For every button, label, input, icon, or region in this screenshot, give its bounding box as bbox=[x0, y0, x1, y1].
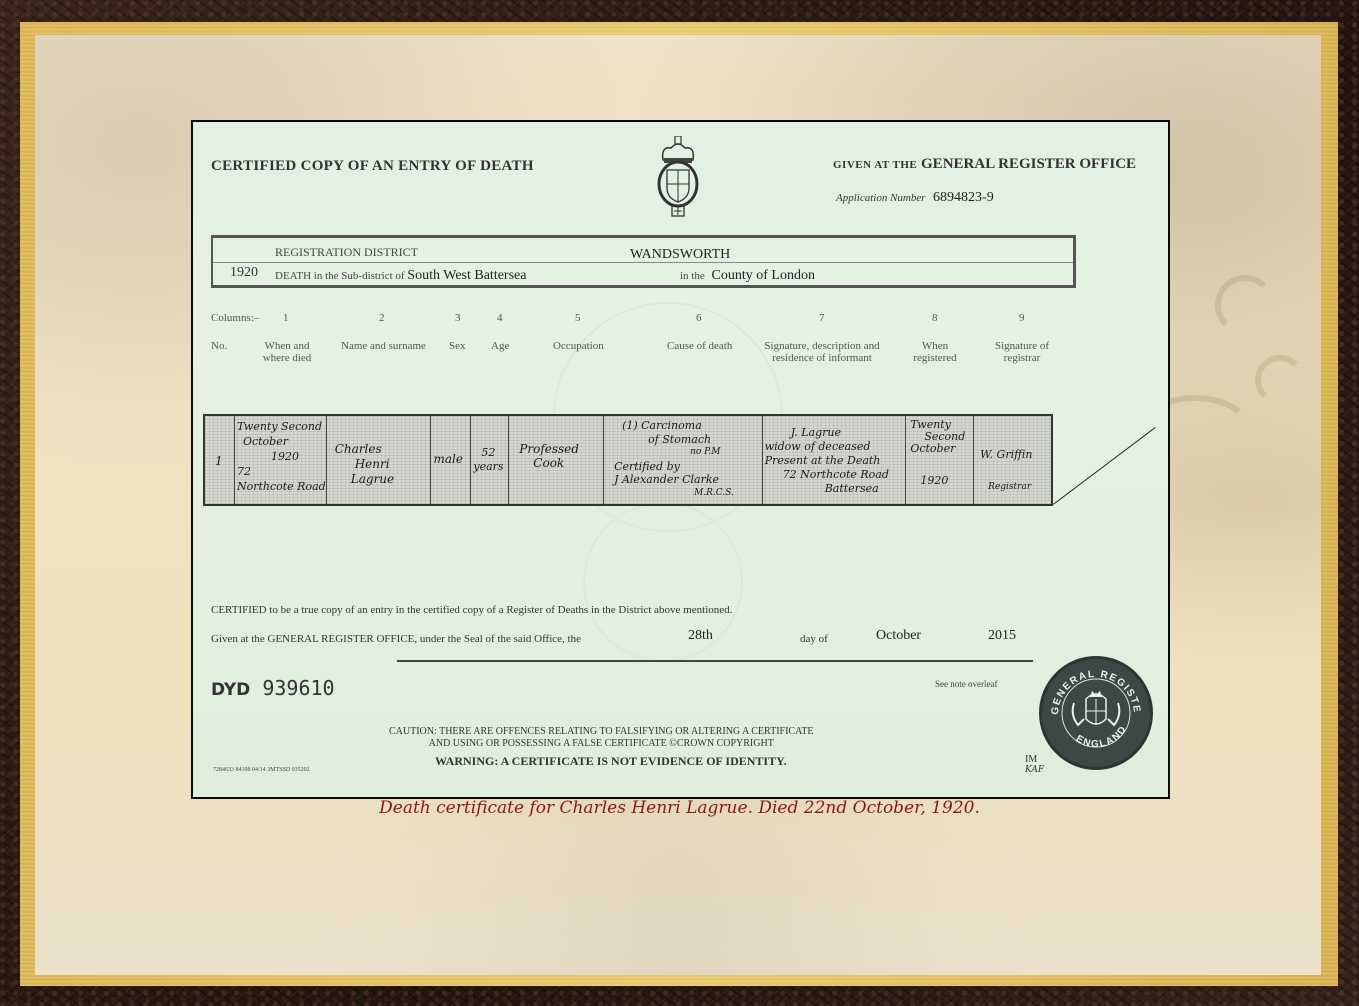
column-header-registrar: Signature of registrar bbox=[991, 340, 1053, 364]
svg-text:GENERAL REGISTER OFFICE: GENERAL REGISTER OFFICE bbox=[1042, 659, 1142, 715]
issue-month: October bbox=[876, 628, 921, 644]
registration-year: 1920 bbox=[230, 265, 258, 281]
issue-year: 2015 bbox=[988, 628, 1016, 644]
royal-crest-icon bbox=[655, 136, 701, 218]
cell-informant: J. Lagrue widow of deceased Present at t… bbox=[763, 416, 907, 504]
column-number: 8 bbox=[932, 312, 938, 324]
column-number: 2 bbox=[379, 312, 385, 324]
column-number: 9 bbox=[1019, 312, 1025, 324]
column-number: 5 bbox=[575, 312, 581, 324]
registration-district-value: WANDSWORTH bbox=[630, 247, 730, 263]
seal-crest-icon: GENERAL REGISTER OFFICE ENGLAND bbox=[1042, 659, 1150, 767]
image-caption: Death certificate for Charles Henri Lagr… bbox=[0, 798, 1359, 818]
county: in the County of London bbox=[680, 268, 815, 284]
form-codes: 7284633 84108 04/14 3MTSSD 035202 bbox=[213, 767, 310, 773]
column-header-age: Age bbox=[491, 340, 509, 352]
cell-age: 52 years bbox=[471, 416, 509, 504]
column-header-no: No. bbox=[211, 340, 227, 352]
column-header-occupation: Occupation bbox=[553, 340, 604, 352]
watermark bbox=[583, 502, 743, 662]
death-certificate: CERTIFIED COPY OF AN ENTRY OF DEATH GIVE… bbox=[191, 120, 1170, 799]
column-number: 6 bbox=[696, 312, 702, 324]
subdistrict: DEATH in the Sub-district of South West … bbox=[275, 268, 526, 284]
swirl-ornament bbox=[1255, 355, 1305, 405]
issuer-initials: IM KAF bbox=[1025, 754, 1044, 776]
serial-number: DYD 939610 bbox=[211, 676, 335, 700]
column-header-sex: Sex bbox=[449, 340, 466, 352]
see-note-overleaf: See note overleaf bbox=[935, 679, 997, 689]
certificate-title: CERTIFIED COPY OF AN ENTRY OF DEATH bbox=[211, 158, 534, 175]
cell-when-where: Twenty Second October 1920 72 Northcote … bbox=[235, 416, 327, 504]
swirl-ornament bbox=[1215, 275, 1275, 335]
svg-text:ENGLAND: ENGLAND bbox=[1074, 724, 1130, 751]
column-number: 4 bbox=[497, 312, 503, 324]
warning-text: WARNING: A CERTIFICATE IS NOT EVIDENCE O… bbox=[435, 754, 787, 769]
cell-registered: Twenty Second October 1920 bbox=[906, 416, 974, 504]
column-header-name: Name and surname bbox=[341, 340, 426, 352]
columns-label: Columns:– bbox=[211, 312, 259, 324]
given-statement: Given at the GENERAL REGISTER OFFICE, un… bbox=[211, 633, 581, 645]
column-number: 1 bbox=[283, 312, 289, 324]
cancellation-line bbox=[1053, 427, 1156, 505]
cell-sex: male bbox=[431, 416, 471, 504]
cell-no: 1 bbox=[205, 416, 235, 504]
cell-name: Charles Henri Lagrue bbox=[327, 416, 432, 504]
caution-text: CAUTION: THERE ARE OFFENCES RELATING TO … bbox=[389, 726, 813, 750]
registration-district-label: REGISTRATION DISTRICT bbox=[275, 245, 418, 260]
registration-district-box: REGISTRATION DISTRICT WANDSWORTH 1920 DE… bbox=[211, 235, 1076, 288]
cell-registrar: W. Griffin Registrar bbox=[974, 416, 1051, 504]
signature-rule bbox=[397, 660, 1033, 662]
given-at-heading: GIVEN AT THE GENERAL REGISTER OFFICE bbox=[833, 156, 1136, 173]
column-number: 3 bbox=[455, 312, 461, 324]
column-header-cause: Cause of death bbox=[667, 340, 732, 352]
column-header-informant: Signature, description and residence of … bbox=[763, 340, 881, 364]
application-number: Application Number 6894823-9 bbox=[836, 190, 994, 206]
general-register-office-seal: GENERAL REGISTER OFFICE ENGLAND bbox=[1039, 656, 1153, 770]
death-entry-row: 1 Twenty Second October 1920 72 Northcot… bbox=[203, 414, 1053, 506]
column-header-when-where: When and where died bbox=[261, 340, 313, 364]
column-number: 7 bbox=[819, 312, 825, 324]
day-of-label: day of bbox=[800, 633, 828, 645]
certified-statement: CERTIFIED to be a true copy of an entry … bbox=[211, 604, 732, 616]
column-header-registered: When registered bbox=[911, 340, 959, 364]
cell-occupation: Professed Cook bbox=[509, 416, 604, 504]
cell-cause: (1) Carcinoma of Stomach no P.M Certifie… bbox=[604, 416, 763, 504]
issue-day: 28th bbox=[688, 628, 713, 644]
